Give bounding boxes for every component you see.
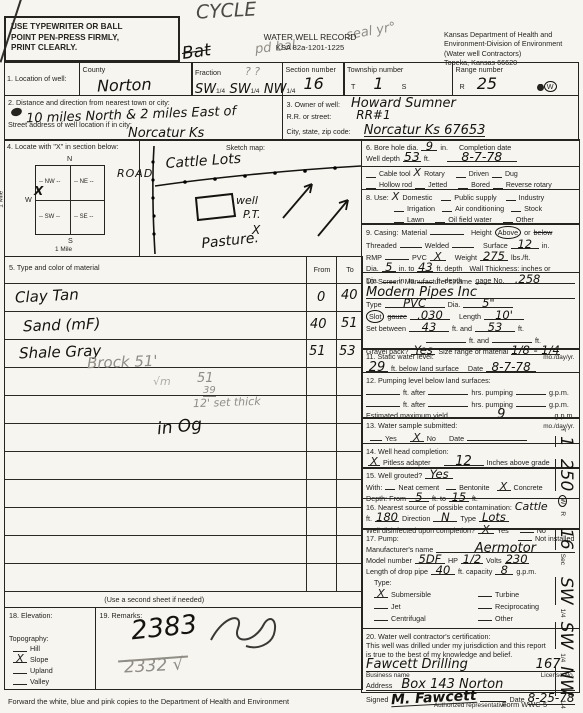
margin-quarter-label: 1/4 bbox=[559, 653, 566, 662]
range-e-scribbled: E bbox=[537, 84, 544, 91]
material-to: 53 bbox=[339, 344, 356, 359]
volts-value: 230 bbox=[506, 557, 528, 562]
form-title: WATER WELL RECORD bbox=[230, 32, 390, 43]
margin-quarter-label: 1/4 bbox=[559, 609, 566, 618]
casing-dia-value: 5 bbox=[385, 265, 392, 270]
use-label: 8. Use: bbox=[366, 192, 389, 203]
road-annotation: ROAD bbox=[117, 166, 129, 182]
pitless-label: Pitless adapter bbox=[383, 457, 431, 468]
divider bbox=[5, 451, 362, 452]
unit-label: Inches above grade bbox=[487, 457, 550, 468]
location-label: 1. Location of well: bbox=[5, 63, 79, 94]
mile-label-horizontal: 1 Mile bbox=[55, 246, 72, 254]
margin-q3-value: NW bbox=[555, 666, 576, 696]
completion-date-value: 8-7-78 bbox=[461, 154, 502, 159]
second-sheet-note: (Use a second sheet if needed) bbox=[5, 595, 304, 604]
from-header: From bbox=[307, 265, 337, 274]
unit-label: lbs./ft. bbox=[511, 252, 530, 263]
pt-note: P.T. bbox=[243, 208, 261, 221]
pencil-tick-note: √m bbox=[153, 375, 171, 388]
section19-remarks: 19. Remarks: 2383 2332 √ bbox=[95, 607, 363, 690]
owner-label: 3. Owner of well: bbox=[287, 99, 341, 110]
street-value: RR#1 bbox=[356, 110, 390, 121]
set-to-value: 53 bbox=[488, 325, 503, 330]
material-from: 40 bbox=[310, 317, 327, 332]
topography-label: Topography: bbox=[9, 634, 91, 643]
checkbox-label: Upland bbox=[30, 665, 53, 676]
range-r: R bbox=[460, 82, 465, 91]
pencil-tick-value: 51 bbox=[197, 371, 214, 386]
pump-mfr-value: Aermotor bbox=[475, 546, 536, 551]
to-header: To bbox=[337, 265, 363, 274]
margin-t-value: 1 bbox=[555, 436, 576, 447]
section10-screen: 10. Screen: Manufacturer's name Modern P… bbox=[361, 272, 580, 350]
margin-q2-value: SW bbox=[555, 622, 576, 650]
address-label: Address bbox=[366, 680, 392, 691]
hp-value: 1/2 bbox=[463, 557, 482, 562]
pasture-note: Pasture. bbox=[200, 230, 259, 252]
checkbox-label: Domestic bbox=[402, 192, 432, 203]
checkbox-label: Public supply bbox=[454, 192, 496, 203]
unit-label: in. bbox=[542, 240, 550, 251]
range-label: Range number bbox=[456, 65, 576, 74]
section18-elevation: 18. Elevation: Topography: Hill XSlope U… bbox=[4, 607, 96, 690]
elevation-label: 18. Elevation: bbox=[9, 611, 91, 620]
county-value: Norton bbox=[96, 74, 189, 96]
township-label: Township number bbox=[347, 65, 449, 74]
divider bbox=[36, 200, 104, 201]
footer-distribution-note: Forward the white, blue and pink copies … bbox=[8, 697, 289, 707]
checkbox-label: Driven bbox=[469, 169, 489, 180]
divider bbox=[5, 283, 362, 284]
height-label: Height bbox=[471, 227, 492, 238]
instruction-line: PRINT CLEARLY. bbox=[11, 43, 173, 54]
screen-type-value: PVC bbox=[403, 301, 426, 306]
locate-label: 4. Locate with "X" in section below: bbox=[5, 140, 139, 151]
unit-label: ft. bbox=[518, 323, 524, 334]
checkbox-mark: X bbox=[377, 593, 385, 595]
sketch-map: Sketch map: Cattle Lots well P.T. X Past… bbox=[139, 139, 363, 257]
mile-label-vertical: 1 Mile bbox=[0, 191, 6, 208]
margin-q1-value: SW bbox=[555, 577, 576, 605]
pencil-set-thick-note: 12' set thick bbox=[193, 394, 261, 409]
casing-depth-value: 43 bbox=[418, 265, 433, 270]
capacity-label: ft. capacity bbox=[458, 566, 492, 577]
contamination-src1: Cattle bbox=[515, 501, 548, 512]
cell-owner: 3. Owner of well: Howard Sumner R.R. or … bbox=[282, 95, 580, 141]
divider bbox=[5, 479, 362, 480]
instructions-box: USE TYPEWRITER OR BALL POINT PEN-PRESS F… bbox=[4, 16, 180, 62]
fraction-pencil-note: ? ? bbox=[245, 65, 260, 78]
divider bbox=[336, 257, 337, 592]
margin-sec-value: 16 bbox=[555, 528, 576, 550]
checkbox-label: Turbine bbox=[495, 589, 519, 600]
unit-label: g.p.m. bbox=[516, 566, 536, 577]
checkbox-label: Centrifugal bbox=[391, 613, 475, 624]
pvc-checkbox-mark: X bbox=[434, 256, 442, 258]
divider bbox=[306, 257, 307, 592]
no-checkbox-mark: X bbox=[413, 437, 421, 439]
material-from: 51 bbox=[309, 344, 326, 359]
business-name-value: Fawcett Drilling bbox=[366, 659, 468, 670]
range-w-circled: W bbox=[544, 81, 557, 92]
material-to: 51 bbox=[341, 316, 358, 331]
divider bbox=[5, 563, 362, 564]
township-s: S bbox=[402, 82, 407, 91]
well-note: well bbox=[236, 194, 258, 207]
checkbox-label: Valley bbox=[30, 676, 49, 687]
margin-r-label: R bbox=[559, 511, 566, 516]
unit-label: ft. bbox=[366, 513, 372, 524]
length-label: Length bbox=[459, 311, 481, 322]
section7-method: Cable tool XRotary Driven Dug Hollow rod… bbox=[361, 166, 580, 190]
checkbox-label: Air conditioning bbox=[455, 203, 504, 214]
cell-location-label: 1. Location of well: bbox=[4, 62, 80, 96]
material-row: Sand (mF) bbox=[23, 314, 101, 335]
unit-label: ft. bbox=[424, 153, 430, 164]
unit-label: hrs. pumping bbox=[471, 387, 513, 398]
form-statute: KSA 82a-1201-1225 bbox=[230, 43, 390, 53]
pump-label: 17. Pump: bbox=[366, 533, 399, 544]
cell-distance-direction: 2. Distance and direction from nearest t… bbox=[4, 95, 283, 141]
casing-label: 9. Casing: bbox=[366, 227, 398, 238]
static-level-value: 29 bbox=[369, 365, 386, 370]
checkbox-label: Industry bbox=[519, 192, 545, 203]
well-depth-value: 53 bbox=[404, 154, 420, 159]
divider bbox=[5, 339, 362, 340]
divider bbox=[5, 507, 362, 508]
divider bbox=[5, 395, 362, 396]
with-label: With: bbox=[366, 482, 382, 493]
contamination-ft-value: 180 bbox=[376, 515, 398, 520]
model-label: Model number bbox=[366, 555, 412, 566]
form-title-block: WATER WELL RECORD KSA 82a-1201-1225 bbox=[230, 32, 390, 53]
checkbox-label: Submersible bbox=[391, 589, 475, 600]
water-well-record-form: USE TYPEWRITER OR BALL POINT PEN-PRESS F… bbox=[0, 0, 583, 713]
compass-n: N bbox=[67, 154, 72, 163]
water-sample-label: 13. Water sample submitted: bbox=[366, 420, 457, 431]
material-label: Material bbox=[401, 227, 427, 238]
checkbox-label: Hill bbox=[30, 643, 40, 654]
handwritten-scratch: Bat bbox=[181, 40, 212, 64]
grouted-label: 15. Well grouted? bbox=[366, 470, 422, 481]
range-value: 25 bbox=[477, 74, 497, 93]
section9-casing: 9. Casing: Material Height Above or belo… bbox=[361, 223, 580, 273]
unit-label: hrs. pumping bbox=[471, 399, 513, 410]
remarks-scribble bbox=[206, 610, 281, 652]
remarks-value-1: 2383 bbox=[129, 609, 198, 646]
section4-locate: 4. Locate with "X" in section below: N -… bbox=[4, 139, 140, 257]
grouted-value: Yes bbox=[430, 472, 449, 477]
form-number: Form WWC-5 bbox=[502, 700, 547, 710]
drop-pipe-label: Length of drop pipe bbox=[366, 566, 428, 577]
unit-label: ft. and bbox=[469, 335, 489, 346]
contamination-src2: Lots bbox=[482, 515, 506, 520]
street-label: R.R. or street: bbox=[287, 111, 332, 122]
checkbox-label: Reciprocating bbox=[495, 601, 539, 612]
cell-fraction: Fraction ? ? SW1/4 SW1/4 NW1/4 bbox=[191, 62, 283, 96]
checkbox-mark: X bbox=[392, 196, 400, 198]
unit-label: g.p.m. bbox=[549, 399, 569, 410]
checkbox-label: Other bbox=[495, 613, 513, 624]
well-depth-label: Well depth bbox=[366, 153, 400, 164]
section-value: 16 bbox=[304, 74, 341, 93]
ink-og-note: in Og bbox=[156, 414, 203, 439]
quad-se: -- SE -- bbox=[74, 214, 93, 220]
model-value: 5DF bbox=[419, 557, 442, 562]
material-row: Clay Tan bbox=[15, 285, 80, 306]
checkbox-label: Stock bbox=[524, 203, 542, 214]
unit-label: ft. and bbox=[452, 323, 472, 334]
margin-range-value: 250 bbox=[555, 459, 576, 491]
slot-value: .030 bbox=[417, 313, 443, 318]
estimated-yield-value: 9 bbox=[497, 412, 505, 417]
street-address-label: Street address of well location if in ci… bbox=[8, 120, 132, 129]
margin-quarter-label: 1/4 bbox=[559, 700, 566, 709]
wellhead-label: 14. Well head completion: bbox=[366, 446, 449, 457]
borehole-dia-value: 9 bbox=[426, 144, 433, 149]
below-struck: below bbox=[534, 227, 553, 238]
pumping-level-label: 12. Pumping level below land surfaces: bbox=[366, 375, 491, 386]
section-square: -- NW -- -- NE -- -- SW -- -- SE -- X bbox=[35, 165, 105, 235]
rmp-label: RMP bbox=[366, 252, 382, 263]
slot-circled: Slot bbox=[366, 310, 384, 323]
checkbox-mark: X bbox=[414, 172, 422, 174]
concrete-checkbox-mark: X bbox=[500, 486, 508, 488]
fraction-label: Fraction ? ? bbox=[195, 65, 279, 79]
gauze-struck: gauze bbox=[387, 311, 407, 322]
section12-pumping-level: 12. Pumping level below land surfaces: f… bbox=[361, 372, 580, 419]
cell-section: Section number 16 bbox=[282, 62, 345, 96]
checkbox-label: Cable tool bbox=[379, 169, 411, 180]
type-label: Type bbox=[460, 513, 476, 524]
pencil-39-note: 39 bbox=[203, 385, 216, 397]
township-t: T bbox=[351, 82, 355, 91]
city-value: Norcatur Ks 67653 bbox=[364, 125, 486, 137]
direction-value: N bbox=[441, 515, 450, 520]
set-from-value: 43 bbox=[422, 325, 437, 330]
signed-label: Signed bbox=[366, 694, 388, 705]
dia-label: Dia. bbox=[448, 299, 461, 310]
cattle-lots-note: Cattle Lots bbox=[165, 151, 241, 172]
unit-label: g.p.m. bbox=[549, 387, 569, 398]
unit-label: in. bbox=[440, 142, 448, 153]
margin-w-circled: W bbox=[558, 495, 567, 507]
divider bbox=[5, 591, 362, 592]
threaded-label: Threaded bbox=[366, 240, 397, 251]
agency-line: Kansas Department of Health and bbox=[444, 30, 583, 39]
agency-line: Environment-Division of Environment bbox=[444, 39, 583, 48]
checkbox-label: Jet bbox=[391, 601, 475, 612]
divider bbox=[5, 367, 362, 368]
checkbox-label: Irrigation bbox=[407, 203, 435, 214]
ink-blot bbox=[10, 106, 23, 117]
weight-value: 275 bbox=[483, 254, 505, 259]
cell-township: Township number T 1 S bbox=[343, 62, 453, 96]
divider bbox=[5, 535, 362, 536]
compass-w: W bbox=[25, 195, 32, 204]
volts-label: Volts bbox=[486, 555, 502, 566]
capacity-value: 8 bbox=[501, 568, 508, 573]
checkbox-label: Rotary bbox=[424, 169, 445, 180]
handwritten-note-cycle: CYCLE bbox=[195, 0, 256, 24]
unit-label: ft. after bbox=[403, 399, 425, 410]
set-between-label: Set between bbox=[366, 323, 406, 334]
type-label: Type bbox=[366, 299, 382, 310]
section-label: Section number bbox=[286, 65, 341, 74]
quad-sw: -- SW -- bbox=[39, 214, 60, 220]
checkbox-label: Slope bbox=[30, 654, 48, 665]
concrete-label: Concrete bbox=[514, 482, 543, 493]
well-location-x: X bbox=[34, 184, 43, 198]
margin-sec-label: Sec bbox=[559, 554, 566, 565]
owner-value: Howard Sumner bbox=[351, 98, 456, 109]
city-label: City, state, zip code: bbox=[287, 126, 351, 137]
cell-county: County Norton bbox=[79, 62, 193, 96]
quad-ne: -- NE -- bbox=[74, 179, 94, 185]
cell-range: Range number R 25 EW bbox=[452, 62, 580, 96]
weight-label: Weight bbox=[455, 252, 477, 263]
instruction-line: USE TYPEWRITER OR BALL bbox=[11, 22, 173, 33]
drop-pipe-value: 40 bbox=[436, 568, 451, 573]
screen-dia-value: 5" bbox=[482, 301, 495, 306]
divider bbox=[5, 311, 362, 312]
length-value: 10' bbox=[495, 313, 513, 318]
checkbox-mark: X bbox=[16, 658, 24, 660]
margin-t-label: T bbox=[559, 428, 566, 432]
section5-materials: 5. Type and color of material From To Cl… bbox=[4, 256, 363, 609]
township-value: 1 bbox=[373, 74, 383, 93]
margin-annotation: T 1 250W R 16 Sec SW1/4 SW1/4 NW1/4 bbox=[546, 428, 582, 713]
inches-above-grade-value: 12 bbox=[455, 459, 472, 464]
compass-s: S bbox=[68, 236, 73, 245]
section6-borehole: 6. Bore hole dia. 9 in. Completion date … bbox=[361, 139, 580, 167]
pencil-brock-note: Brock 51' bbox=[87, 351, 158, 371]
material-from: 0 bbox=[317, 290, 325, 305]
section11-static-level: 11. Static water level: mo./day/yr. 29 f… bbox=[361, 348, 580, 373]
pitless-checkbox-mark: X bbox=[370, 461, 378, 463]
sketch-drawing: Sketch map: Cattle Lots well P.T. X Past… bbox=[140, 140, 361, 255]
mdy-label: mo./day/yr. bbox=[543, 352, 574, 363]
instruction-line: POINT PEN-PRESS FIRMLY, bbox=[11, 33, 173, 44]
material-to: 40 bbox=[341, 288, 358, 303]
surface-value: 12 bbox=[517, 242, 532, 247]
direction-label: Direction bbox=[402, 513, 430, 524]
static-date-value: 8-7-78 bbox=[492, 365, 531, 370]
agency-line: (Water well Contractors) bbox=[444, 49, 583, 58]
checkbox-label: Dug bbox=[505, 169, 518, 180]
unit-label: ft. after bbox=[403, 387, 425, 398]
section8-use: 8. Use: XDomestic Public supply Industry… bbox=[361, 189, 580, 225]
